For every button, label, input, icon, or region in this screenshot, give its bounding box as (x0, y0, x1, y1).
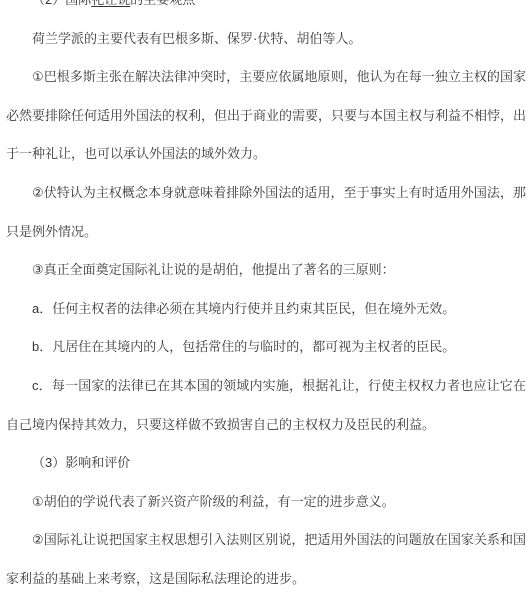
paragraph-huber-three-principles-intro: ③真正全面奠定国际礼让说的是胡伯，他提出了著名的三原则： (6, 251, 526, 290)
paragraph-voet-viewpoint: ②伏特认为主权概念本身就意味着排除外国法的适用，至于事实上有时适用外国法，那只是… (6, 174, 526, 251)
paragraph-comity-theory-progress: ②国际礼让说把国家主权思想引入法则区别说，把适用外国法的问题放在国家关系和国家利… (6, 521, 526, 598)
principle-c: c．每一国家的法律已在其本国的领域内实施，根据礼让，行使主权权力者也应让它在自己… (6, 367, 526, 444)
paragraph-huber-significance: ①胡伯的学说代表了新兴资产阶级的利益，有一定的进步意义。 (6, 483, 526, 522)
heading-underlined-term: 礼让说 (91, 0, 130, 7)
principle-b: b．凡居住在其境内的人，包括常住的与临时的，都可视为主权者的臣民。 (6, 328, 526, 367)
paragraph-bargendus-viewpoint: ①巴根多斯主张在解决法律冲突时，主要应依属地原则，他认为在每一独立主权的国家必然… (6, 58, 526, 174)
document-body: （2）国际礼让说的主要观点 荷兰学派的主要代表有巴根多斯、保罗·伏特、胡伯等人。… (0, 0, 528, 599)
section-heading-evaluation: （3）影响和评价 (6, 444, 526, 483)
principle-a: a．任何主权者的法律必须在其境内行使并且约束其臣民，但在境外无效。 (6, 290, 526, 329)
heading-suffix: 的主要观点 (130, 0, 195, 7)
dutch-school-representatives-paragraph: 荷兰学派的主要代表有巴根多斯、保罗·伏特、胡伯等人。 (6, 20, 526, 59)
heading-prefix: （2）国际 (32, 0, 91, 7)
section-heading-main-points: （2）国际礼让说的主要观点 (6, 0, 526, 20)
